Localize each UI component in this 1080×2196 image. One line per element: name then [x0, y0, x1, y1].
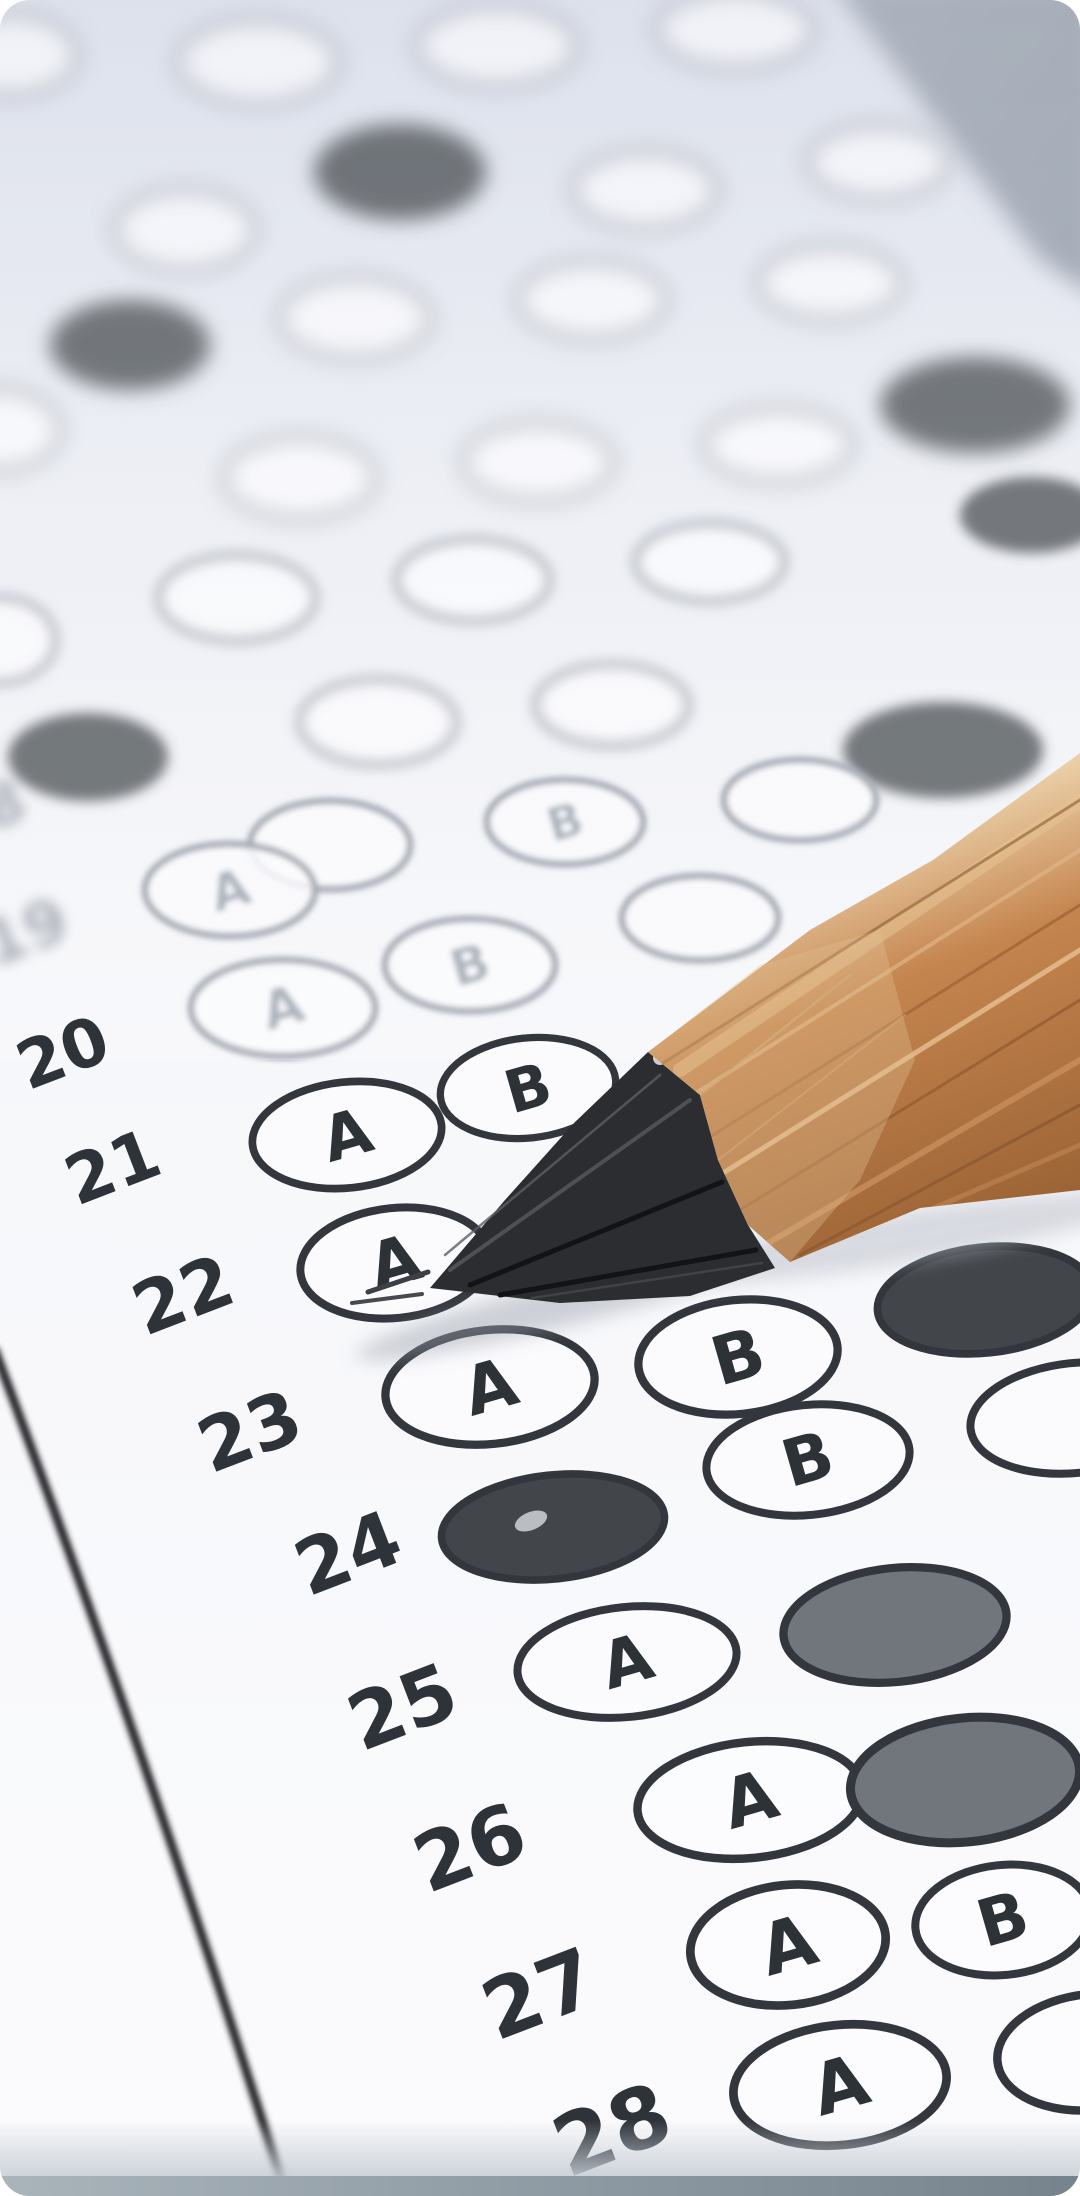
photo-canvas: 1918 BABA 2021AB22A23AB24B25A26A27AB28A: [0, 0, 1080, 2196]
tabletop-bottom-edge: [0, 2176, 1080, 2196]
sheet-bottom-shading: [0, 2120, 1080, 2178]
answer-sheet-photo: 1918 BABA 2021AB22A23AB24B25A26A27AB28A: [0, 0, 1080, 2196]
